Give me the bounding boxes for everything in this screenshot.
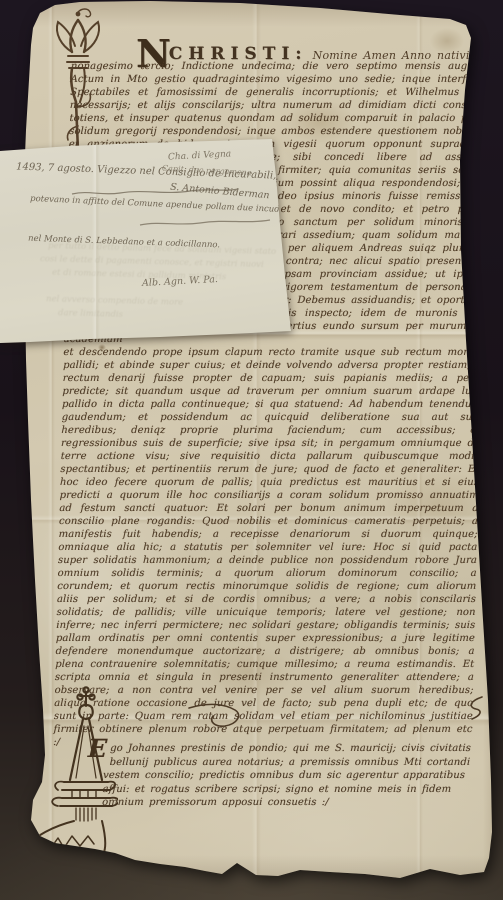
closing-text: go Johannes prestinis de pondio; qui me …	[102, 743, 471, 808]
show-through-text: et di romane estesi di pallidum ministri…	[52, 268, 226, 283]
parchment-sheet: NCHRISTI: Nomine Amen Anno nativitatis e…	[0, 0, 503, 900]
wavy-underline-icon	[138, 216, 272, 228]
show-through-text: dare limitandis	[58, 308, 123, 320]
end-flourish-icon	[185, 700, 255, 730]
notary-closing-paragraph: Ego Johannes prestinis de pondio; qui me…	[102, 742, 472, 810]
photo-backdrop: NCHRISTI: Nomine Amen Anno nativitatis e…	[0, 0, 503, 900]
slip-paper: 1493, 7 agosto. Vigezzo nel Consiglio de…	[0, 136, 300, 348]
show-through-text: nel avverso compendio de more	[46, 294, 183, 308]
line-end-curl-icon	[462, 695, 488, 721]
notary-signum-icon	[14, 686, 118, 882]
wavy-underline-icon	[70, 184, 240, 198]
slip-corner-note-1: Cha. di Vegna	[168, 149, 232, 162]
parchment-wrapper: NCHRISTI: Nomine Amen Anno nativitatis e…	[0, 0, 503, 900]
archivist-slip: 1493, 7 agosto. Vigezzo nel Consiglio de…	[0, 136, 300, 348]
